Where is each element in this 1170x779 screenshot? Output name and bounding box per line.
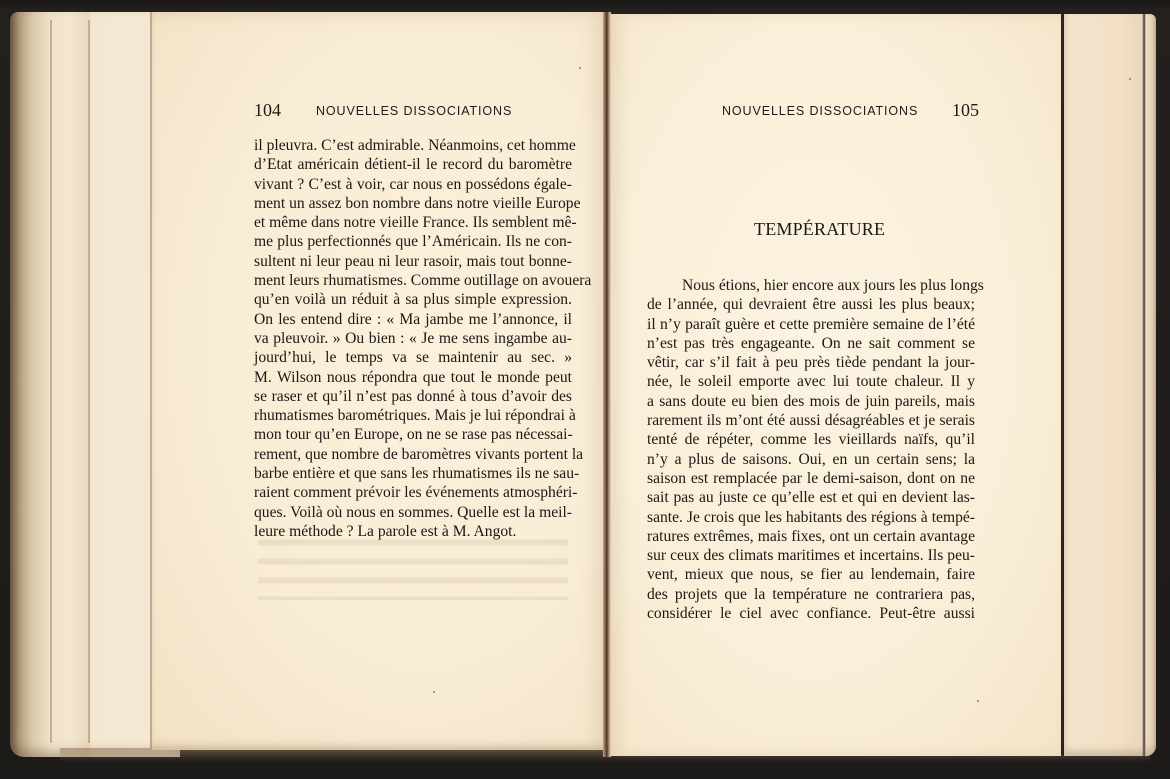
paper-speck xyxy=(1129,78,1131,80)
text-line: sultent ni leur peau ni leur rasoir, mai… xyxy=(254,252,572,271)
right-page-stack-edges xyxy=(1064,14,1156,756)
paper-speck xyxy=(433,691,435,693)
text-line: rement, que nombre de baromètres vivants… xyxy=(254,445,572,464)
text-line: ques. Voilà où nous en sommes. Quelle es… xyxy=(254,503,572,522)
text-line: vivant ? C’est à voir, car nous en possé… xyxy=(254,175,572,194)
text-line: vêtir, car s’il fait à peu près tiède pe… xyxy=(647,353,975,372)
ink-show-through xyxy=(258,530,568,600)
text-line: On les entend dire : « Ma jambe me l’ann… xyxy=(254,310,572,329)
right-running-head: NOUVELLES DISSOCIATIONS xyxy=(722,104,918,118)
page-edge-line xyxy=(50,20,52,743)
page-edge-line xyxy=(88,20,90,743)
text-line: Nous étions, hier encore aux jours les p… xyxy=(647,276,975,295)
text-line: née, le soleil emporte avec lui toute ch… xyxy=(647,372,975,391)
text-line: des projets que la température ne contra… xyxy=(647,585,975,604)
text-line: ment leurs rhumatismes. Comme outillage … xyxy=(254,271,572,290)
text-line: rhumatismes barométriques. Mais je lui r… xyxy=(254,406,572,425)
book-gutter xyxy=(603,12,611,757)
paper-speck xyxy=(977,700,979,702)
text-line: M. Wilson nous répondra que tout le mond… xyxy=(254,368,572,387)
text-line: tenté de répéter, comme les vieillards n… xyxy=(647,430,975,449)
text-line: vent, mieux que nous, se fier au lendema… xyxy=(647,565,975,584)
left-running-head: NOUVELLES DISSOCIATIONS xyxy=(316,104,512,118)
text-line: saison est remplacée par le demi-saison,… xyxy=(647,469,975,488)
text-line: sante. Je crois que les habitants des ré… xyxy=(647,508,975,527)
text-line: et même dans notre vieille France. Ils s… xyxy=(254,213,572,232)
text-line: il n’y paraît guère et cette première se… xyxy=(647,315,975,334)
left-page-number: 104 xyxy=(254,100,281,121)
left-page-body-text: il pleuvra. C’est admirable. Néanmoins, … xyxy=(254,136,572,541)
text-line: rarement ils m’ont été aussi désagréable… xyxy=(647,411,975,430)
text-line: ment un assez bon nombre dans notre viei… xyxy=(254,194,572,213)
text-line: jourd’hui, le temps va se maintenir au s… xyxy=(254,348,572,367)
text-line: se raser et qu’il n’est pas donné à tous… xyxy=(254,387,572,406)
text-line: raient comment prévoir les événements at… xyxy=(254,483,572,502)
chapter-title: TEMPÉRATURE xyxy=(754,219,885,240)
text-line: va pleuvoir. » Ou bien : « Je me sens in… xyxy=(254,329,572,348)
text-line: de l’année, qui devraient être aussi les… xyxy=(647,295,975,314)
text-line: sait pas au juste ce qu’elle est et qui … xyxy=(647,488,975,507)
right-page-body-text: Nous étions, hier encore aux jours les p… xyxy=(647,276,975,623)
text-line: qu’en voilà un réduit à sa plus simple e… xyxy=(254,290,572,309)
text-line: me plus perfectionnés que l’Américain. I… xyxy=(254,232,572,251)
text-line: considérer le ciel avec confiance. Peut-… xyxy=(647,604,975,623)
text-line: mon tour qu’en Europe, on ne se rase pas… xyxy=(254,425,572,444)
text-line: il pleuvra. C’est admirable. Néanmoins, … xyxy=(254,136,572,155)
text-line: d’Etat américain détient-il le record du… xyxy=(254,155,572,174)
scanned-book-spread: 104 NOUVELLES DISSOCIATIONS il pleuvra. … xyxy=(0,0,1170,779)
text-line: barbe entière et que sans les rhumatisme… xyxy=(254,464,572,483)
text-line: a sans doute eu bien des mois de juin pa… xyxy=(647,392,975,411)
right-page-number: 105 xyxy=(952,100,979,121)
text-line: n’y a plus de saisons. Oui, en un certai… xyxy=(647,450,975,469)
text-line: sur ceux des climats maritimes et incert… xyxy=(647,546,975,565)
text-line: n’est pas très engageante. On ne sait co… xyxy=(647,334,975,353)
text-line: ratures extrêmes, mais fixes, ont un cer… xyxy=(647,527,975,546)
paper-speck xyxy=(579,67,581,69)
